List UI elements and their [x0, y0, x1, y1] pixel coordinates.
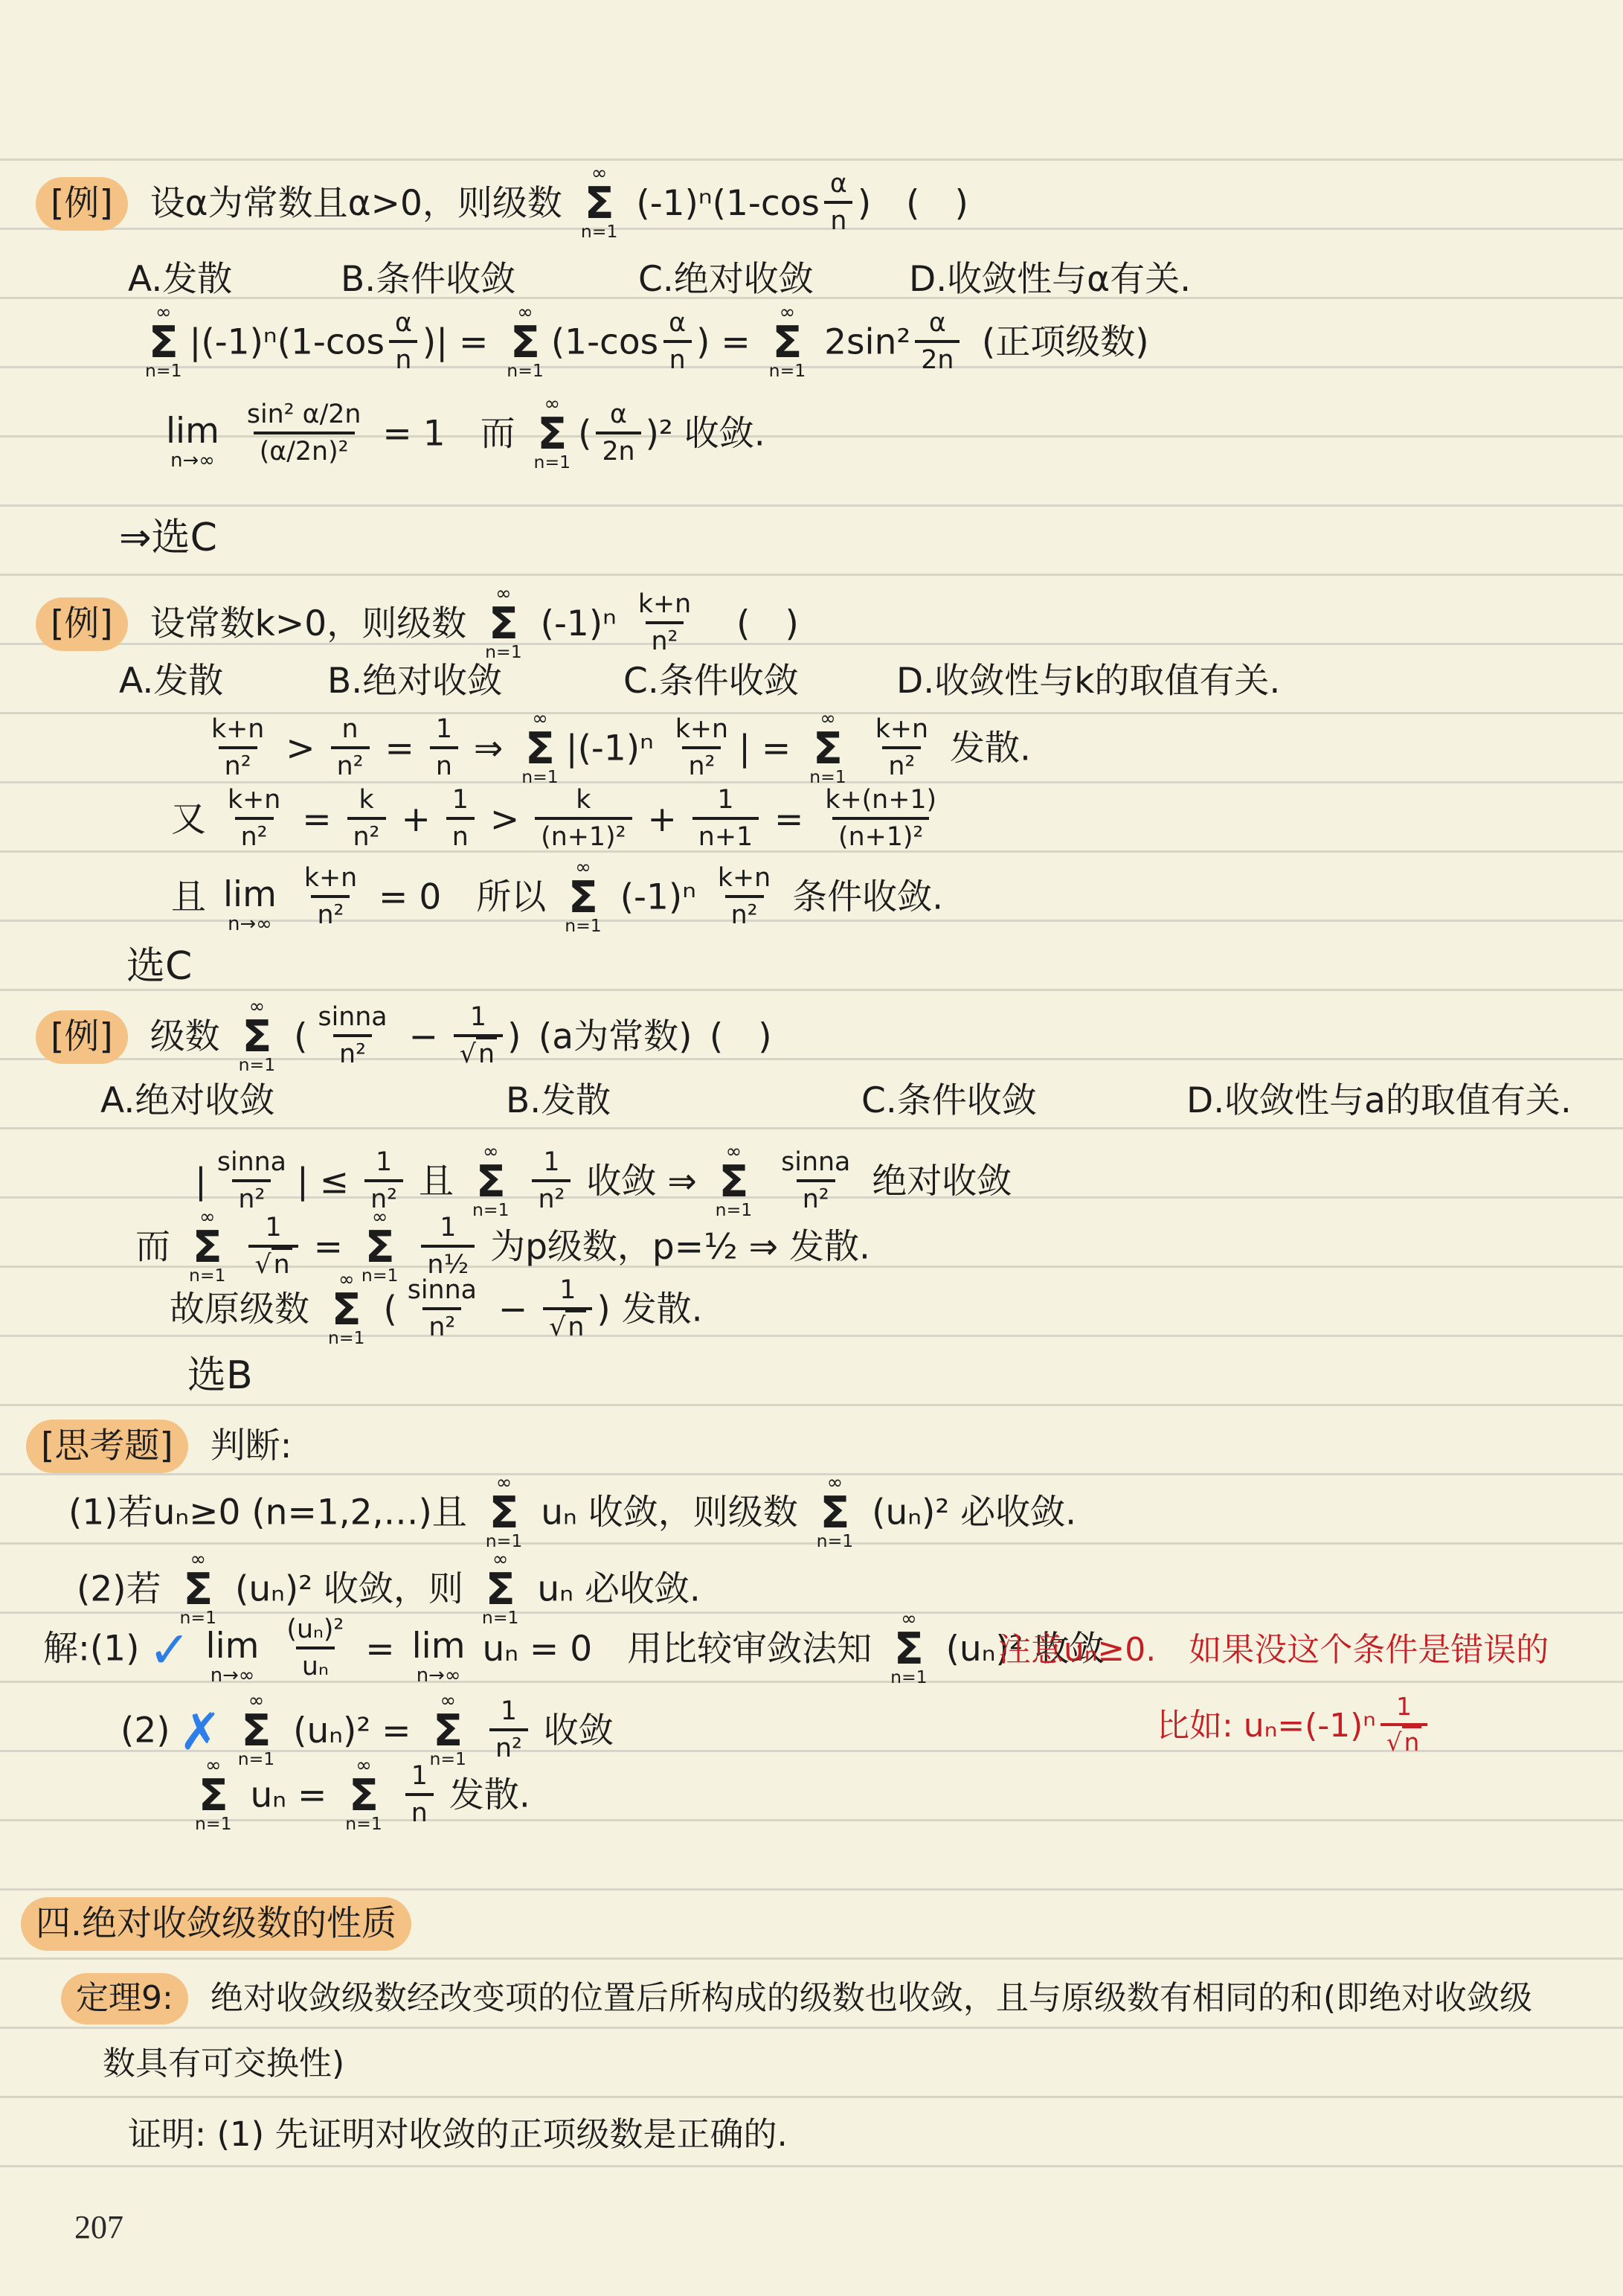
cross-icon: ✗	[179, 1703, 222, 1762]
example2-option-a: A.发散	[119, 661, 223, 702]
example3-label: [例]	[36, 1010, 128, 1064]
example1-answer: ⇒选C	[119, 515, 217, 561]
example2-step-1: k+nn² > nn² = 1n ⇒ ∞Σn=1|(-1)ⁿ k+nn²| = …	[201, 713, 1031, 789]
example3-option-a: A.绝对收敛	[100, 1080, 274, 1122]
example2-question-text: 设常数k>0，则级数 ∞Σn=1 (-1)ⁿ k+nn² ( )	[150, 603, 799, 644]
thinking-title: 判断:	[210, 1426, 292, 1466]
thinking-solution-3: ∞Σn=1 uₙ = ∞Σn=1 1n 发散.	[187, 1760, 530, 1835]
example3-step-3: 故原级数 ∞Σn=1 (sinnan² − 1√n) 发散.	[170, 1274, 703, 1350]
page-number: 207	[74, 2208, 123, 2248]
theorem9-row: 定理9:绝对收敛级数经改变项的位置后所构成的级数也收敛，且与原级数有相同的和(即…	[61, 1973, 1532, 2024]
example2-option-c: C.条件收敛	[623, 661, 799, 702]
example2-option-b: B.绝对收敛	[327, 661, 502, 702]
check-icon: ✓	[148, 1621, 190, 1680]
item2-prefix: (2)	[120, 1710, 170, 1751]
example2-label: [例]	[36, 597, 128, 651]
example2-option-d: D.收敛性与k的取值有关.	[896, 661, 1280, 702]
thinking-item-1: (1)若uₙ≥0 (n=1,2,…)且 ∞Σn=1 uₙ 收敛，则级数 ∞Σn=…	[68, 1477, 1076, 1553]
notebook-page: [例]设α为常数且α>0，则级数 ∞Σn=1 (-1)ⁿ(1-cosαn) ( …	[0, 0, 1623, 2296]
proof-line: 证明: (1) 先证明对收敛的正项级数是正确的.	[128, 2114, 788, 2155]
example2-step-2: 又 k+nn² = kn² + 1n > k(n+1)² + 1n+1 = k+…	[171, 790, 947, 853]
example3-answer: 选B	[187, 1353, 253, 1399]
example1-step-2: limn→∞ sin² α/2n(α/2n)² = 1 而 ∞Σn=1(α2n)…	[160, 398, 765, 474]
section-title-row: 四.绝对收敛级数的性质	[21, 1897, 434, 1951]
example3-step-1: |sinnan²| ≤ 1n² 且 ∞Σn=1 1n² 收敛 ⇒ ∞Σn=1 s…	[195, 1146, 1012, 1222]
solution-prefix: 解:(1)	[43, 1629, 139, 1670]
example3-question-text: 级数 ∞Σn=1 (sinnan² − 1√n) (a为常数) ( )	[150, 1016, 772, 1057]
thinking-solution-1: 解:(1)✓limn→∞ (uₙ)²uₙ = limn→∞ uₙ = 0 用比较…	[43, 1613, 1105, 1689]
thinking-label: [思考题]	[26, 1420, 188, 1473]
example1-step-1: ∞Σn=1|(-1)ⁿ(1-cosαn)| = ∞Σn=1(1-cosαn) =…	[138, 307, 1149, 382]
thinking-solution-2-math: ∞Σn=1 (uₙ)² = ∞Σn=1 1n² 收敛	[231, 1710, 614, 1751]
red-annotation-2: 比如: uₙ=(-1)ⁿ1√n	[1157, 1698, 1432, 1757]
example3-option-c: C.条件收敛	[861, 1080, 1037, 1122]
example3-option-d: D.收敛性与a的取值有关.	[1186, 1080, 1572, 1122]
example2-question-row: [例]设常数k>0，则级数 ∞Σn=1 (-1)ⁿ k+nn² ( )	[36, 588, 799, 664]
thinking-solution-1-math: limn→∞ (uₙ)²uₙ = limn→∞ uₙ = 0 用比较审敛法知 ∞…	[200, 1629, 1105, 1670]
thinking-header: [思考题]判断:	[26, 1420, 292, 1473]
example2-step-3: 且 limn→∞ k+nn² = 0 所以 ∞Σn=1 (-1)ⁿ k+nn² …	[171, 862, 943, 937]
theorem9-text-line1: 绝对收敛级数经改变项的位置后所构成的级数也收敛，且与原级数有相同的和(即绝对收敛…	[210, 1979, 1532, 2017]
red-annotation-1: 注意uₙ≥0. 如果没这个条件是错误的	[998, 1631, 1549, 1670]
theorem9-text-line2: 数具有可交换性)	[103, 2045, 344, 2084]
example1-option-c: C.绝对收敛	[638, 259, 814, 301]
example1-label: [例]	[36, 177, 128, 231]
example1-question-row: [例]设α为常数且α>0，则级数 ∞Σn=1 (-1)ⁿ(1-cosαn) ( …	[36, 167, 968, 243]
example2-answer: 选C	[126, 943, 192, 990]
example1-option-b: B.条件收敛	[341, 259, 515, 301]
theorem9-label: 定理9:	[61, 1973, 188, 2024]
example1-question-text: 设α为常数且α>0，则级数 ∞Σn=1 (-1)ⁿ(1-cosαn) ( )	[150, 183, 968, 224]
example1-option-a: A.发散	[128, 259, 232, 301]
example3-question-row: [例]级数 ∞Σn=1 (sinnan² − 1√n) (a为常数) ( )	[36, 1001, 772, 1077]
example3-option-b: B.发散	[506, 1080, 611, 1122]
section-title: 四.绝对收敛级数的性质	[21, 1897, 411, 1951]
example1-option-d: D.收敛性与α有关.	[909, 259, 1191, 301]
